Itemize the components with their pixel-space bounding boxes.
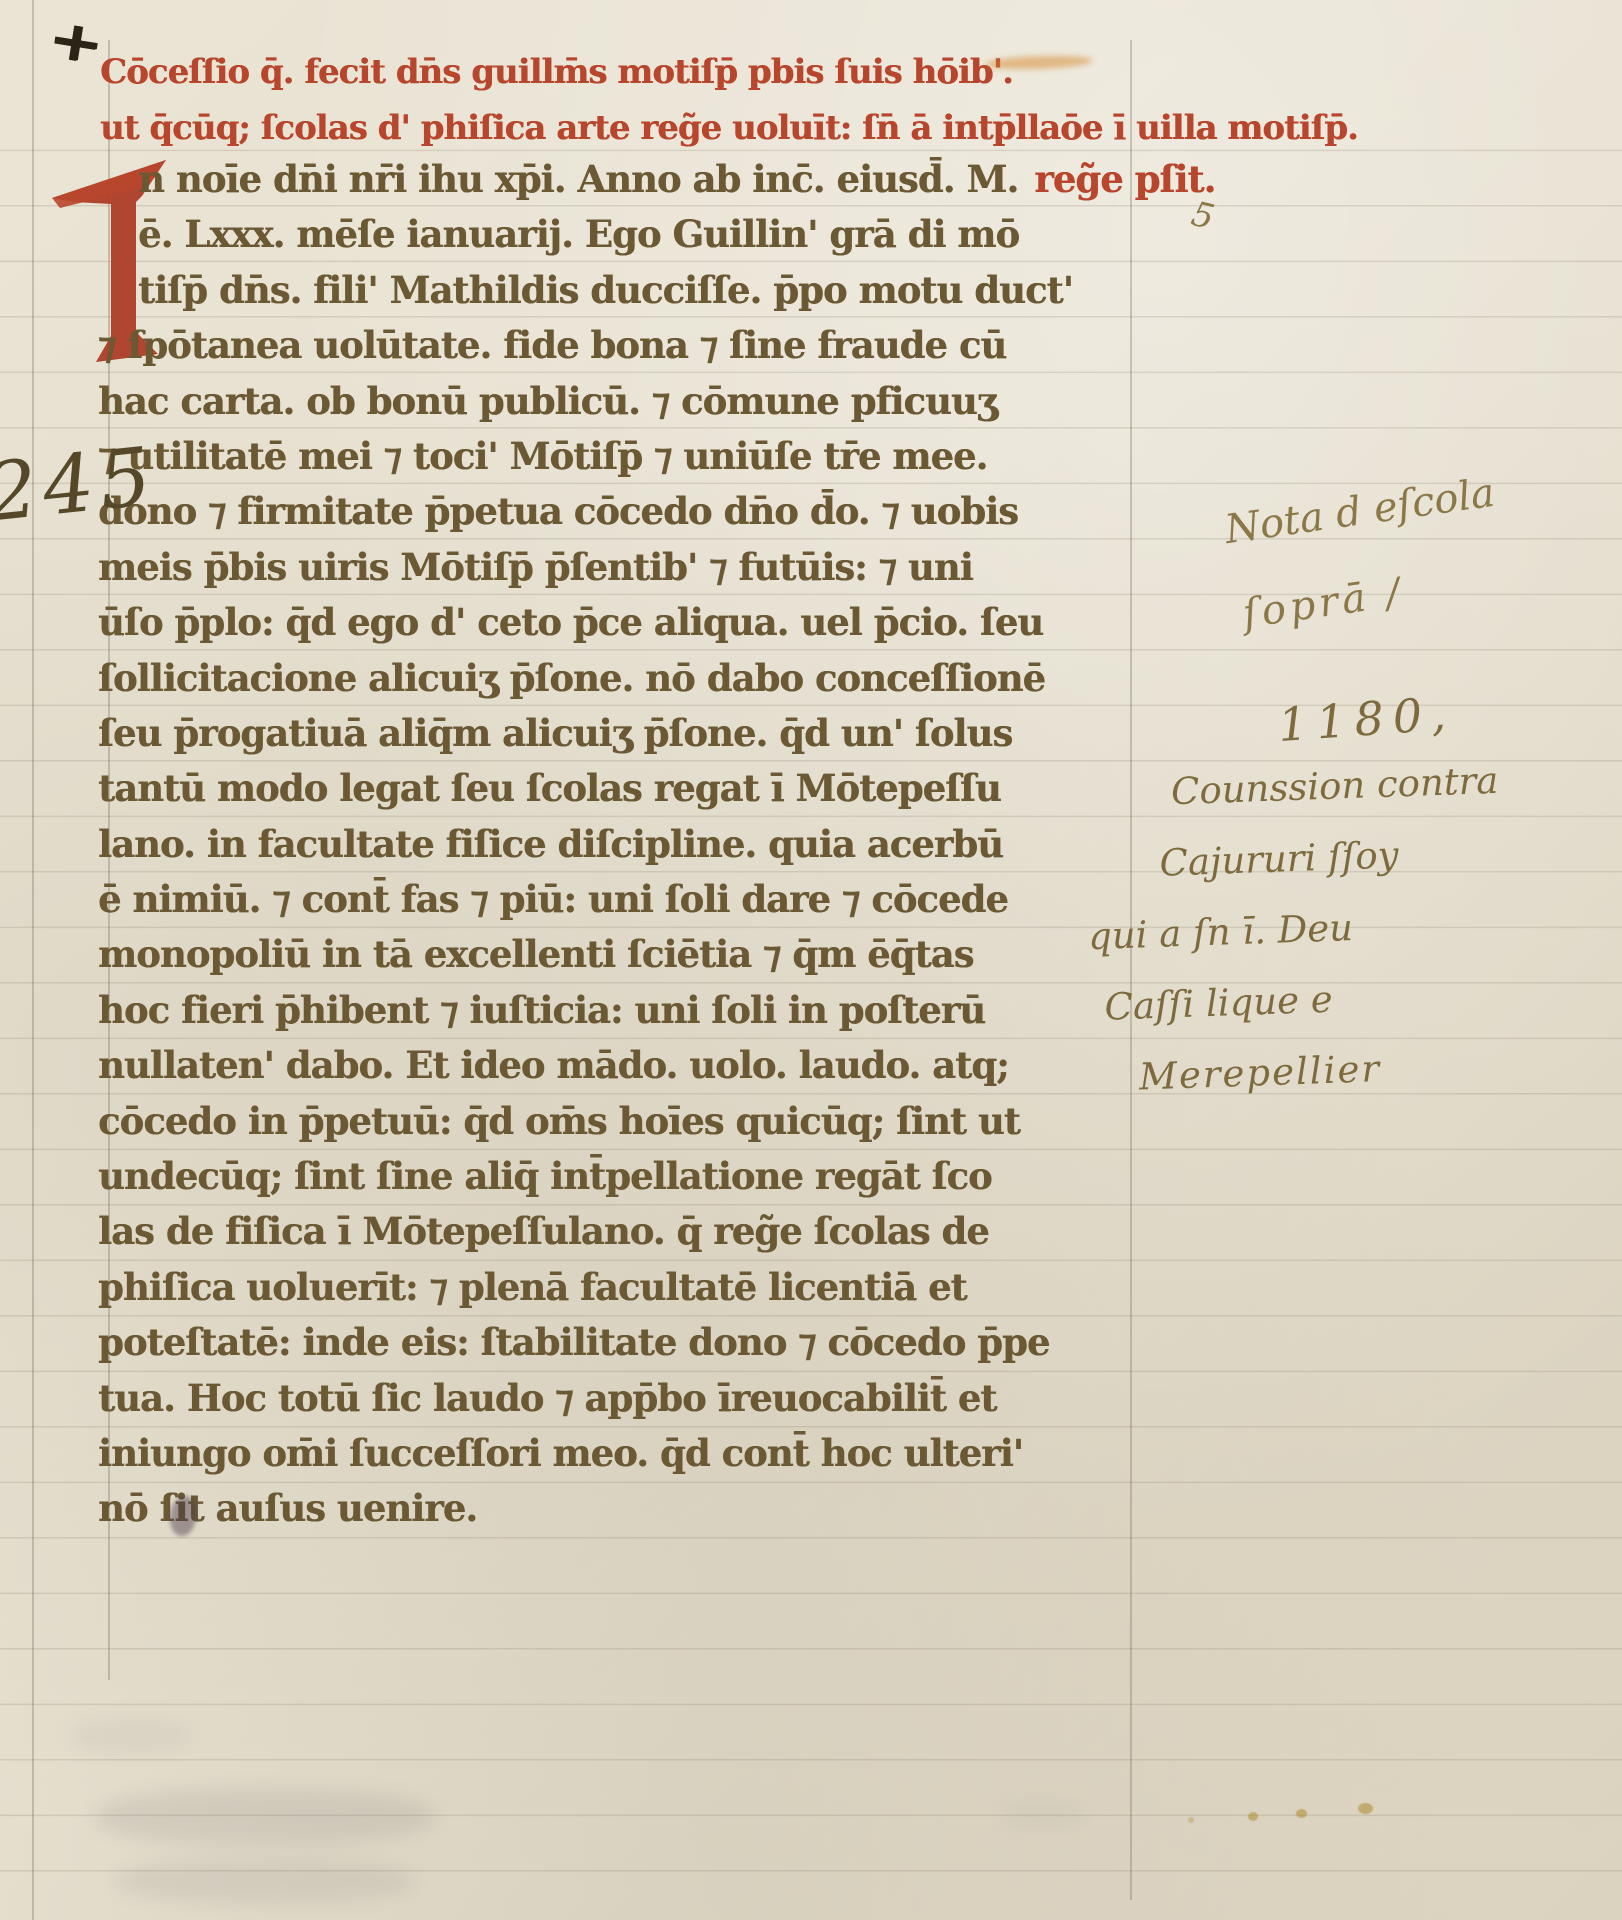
- margin-rule-left-outer: [32, 0, 34, 1920]
- text-line: poteſtatē: inde eis: ſtabilitate dono ⁊ …: [98, 1315, 1138, 1370]
- text-line: meis p̄bis uiris Mōtiſp̄ p̄ſentib' ⁊ fut…: [98, 540, 1138, 595]
- ink-speck: [1358, 1803, 1373, 1814]
- marginal-note-line: Counssion contra: [1170, 745, 1500, 827]
- text-line: n noīe dn̄i nr̄i ihu xp̄i. Anno ab inc̄.…: [98, 152, 1138, 207]
- charter-text-block: n noīe dn̄i nr̄i ihu xp̄i. Anno ab inc̄.…: [98, 152, 1138, 1537]
- text-line: lano. in facultate fiſice diſcipline. qu…: [98, 817, 1138, 872]
- text-line: ē nimiū. ⁊ cont̄ fas ⁊ piū: uni ſoli dar…: [98, 872, 1138, 927]
- text-line: undecūq; ſint ſine aliq̄ int̄pellatione …: [98, 1149, 1138, 1204]
- marginal-note-upper: Nota d eſcola ſoprā /: [1219, 450, 1512, 658]
- text-line: tua. Hoc totū ſic laudo ⁊ app̄bo īreuoca…: [98, 1371, 1138, 1426]
- text-line: ſeu p̄rogatiuā aliq̄m alicuiʒ p̄ſone. q̄…: [98, 706, 1138, 761]
- ink-speck: [1296, 1809, 1307, 1818]
- text-line: ſollicitacione alicuiʒ p̄ſone. nō dabo c…: [98, 651, 1138, 706]
- text-line: ⁊ ſpōtanea uolūtate. fide bona ⁊ ſine fr…: [98, 318, 1138, 373]
- text-line: nō ſit auſus uenire.: [98, 1481, 1138, 1536]
- show-through-stain: [115, 1858, 415, 1904]
- show-through-stain: [1000, 1800, 1090, 1830]
- marginal-note-lower: Counssion contra Cajururi ſſoy qui a ſn …: [1082, 745, 1510, 1114]
- ink-speck: [1248, 1812, 1258, 1821]
- show-through-stain: [70, 1718, 190, 1754]
- marginal-note-line: Merepellier: [1138, 1029, 1510, 1113]
- marginal-note-line: Cajururi ſſoy: [1158, 816, 1502, 899]
- rubric-line-1: Cōceſſio q̄. fecit dn̄s guillm̄s motiſp̄…: [100, 52, 1013, 92]
- manuscript-page: + Cōceſſio q̄. fecit dn̄s guillm̄s motiſ…: [0, 0, 1622, 1920]
- show-through-stain: [95, 1788, 435, 1846]
- text-line: monopoliū in tā excellenti ſciētia ⁊ q̄m…: [98, 927, 1138, 982]
- text-line: tantū modo legat ſeu ſcolas regat ī Mōte…: [98, 761, 1138, 816]
- marginal-folio-number: 245: [0, 429, 161, 539]
- text-line: phiſica uoluerīt: ⁊ plenā facultatē lice…: [98, 1260, 1138, 1315]
- text-line: hac carta. ob bonū publicū. ⁊ cōmune pfi…: [98, 374, 1138, 429]
- rubric-line-2: ut q̄cūq; ſcolas d' phiſica arte reg̃e u…: [100, 108, 1358, 148]
- rubric-inline: reg̃e pſit.: [1034, 157, 1215, 201]
- text-line: ūſo p̄plo: q̄d ego d' ceto p̄ce aliqua. …: [98, 595, 1138, 650]
- text-line: cōcedo in p̄petuū: q̄d om̄s hoīes quicūq…: [98, 1094, 1138, 1149]
- text-line: las de fiſica ī Mōtepeſſulano. q̄ reg̃e …: [98, 1204, 1138, 1259]
- text-line: dono ⁊ firmitate p̄petua cōcedo dn̄o d̄o…: [98, 484, 1138, 539]
- text-line: nullaten' dabo. Et ideo mādo. uolo. laud…: [98, 1038, 1138, 1093]
- text-line: iniungo om̄i ſucceſſori meo. q̄d cont̄ h…: [98, 1426, 1138, 1481]
- ink-speck: [1188, 1817, 1194, 1823]
- text-line: tiſp̄ dn̄s. fili' Mathildis ducciſſe. p̄…: [98, 263, 1138, 318]
- text-line: ē. Lxxx. mēſe ianuarij. Ego Guillin' grā…: [98, 207, 1138, 262]
- marginal-year-note: 1180,: [1276, 686, 1456, 752]
- text-line: ⁊ utilitatē mei ⁊ toci' Mōtiſp̄ ⁊ uniūſe…: [98, 429, 1138, 484]
- text-line-start: n noīe dn̄i nr̄i ihu xp̄i. Anno ab inc̄.…: [138, 157, 1018, 201]
- cross-mark: +: [43, 5, 108, 77]
- text-line: hoc fieri p̄hibent ⁊ iuſticia: uni ſoli …: [98, 983, 1138, 1038]
